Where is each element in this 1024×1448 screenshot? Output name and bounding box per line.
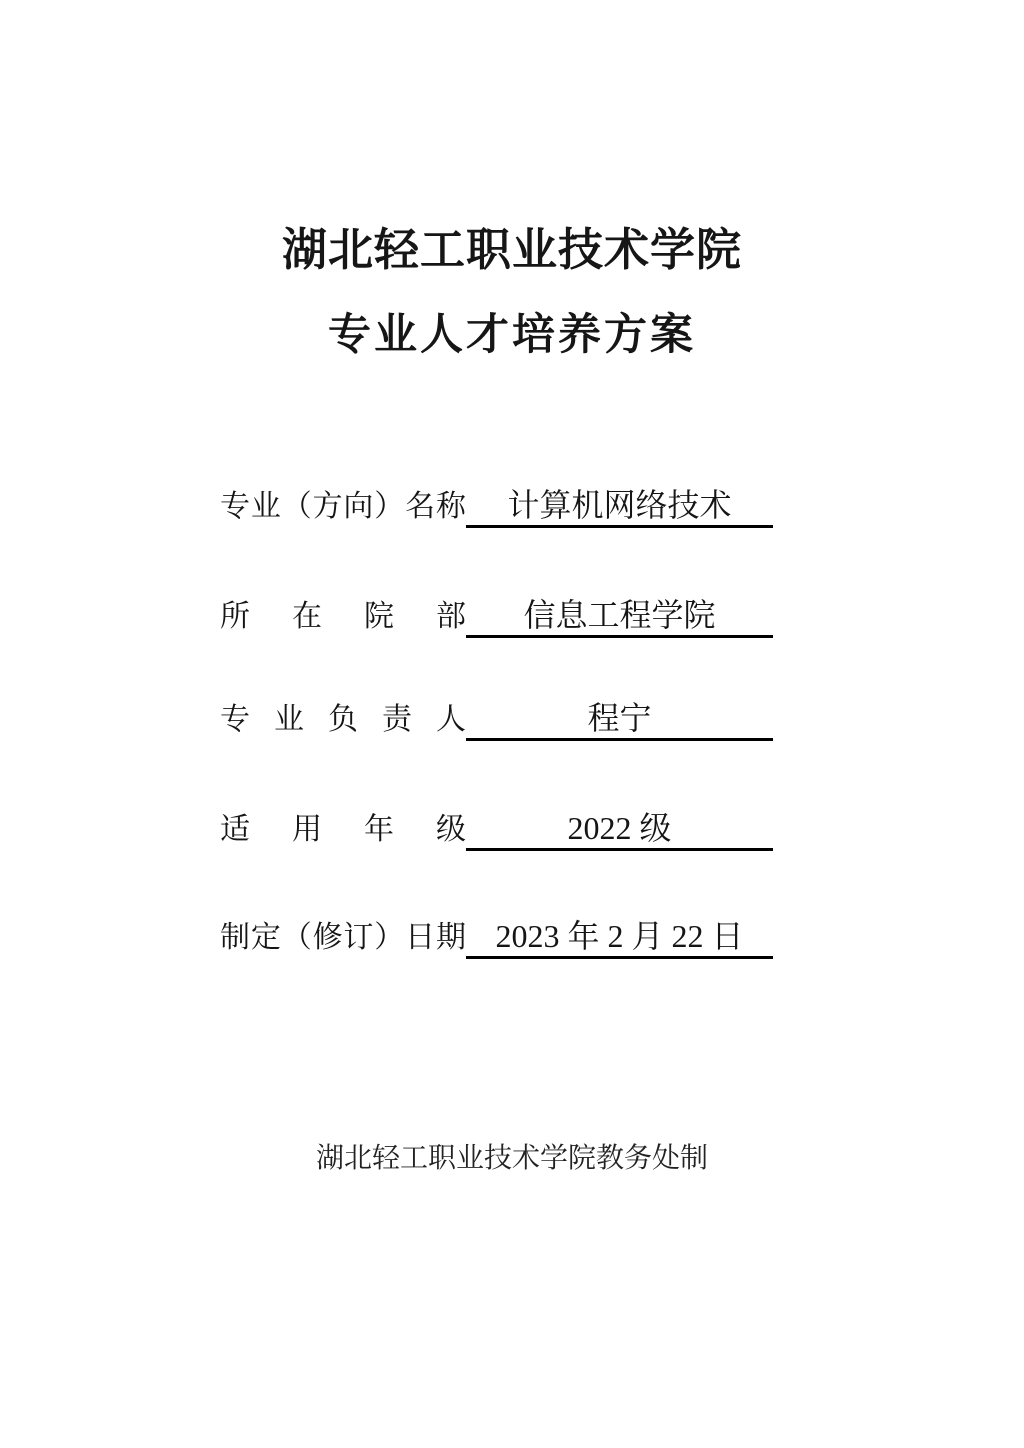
field-label-applicable-grade: 适用年级 (220, 810, 466, 850)
field-value-department: 信息工程学院 (466, 595, 773, 638)
field-label-revision-date: 制定（修订）日期 (220, 918, 466, 958)
document-title-line2: 专业人才培养方案 (0, 314, 1024, 357)
field-row-revision-date: 制定（修订）日期 2023 年 2 月 22 日 (220, 916, 773, 959)
field-row-department: 所在院部 信息工程学院 (220, 595, 773, 638)
field-row-major-name: 专业（方向）名称 计算机网络技术 (220, 485, 773, 528)
field-value-revision-date: 2023 年 2 月 22 日 (466, 916, 773, 959)
field-label-department: 所在院部 (220, 597, 466, 637)
document-page: 湖北轻工职业技术学院 专业人才培养方案 专业（方向）名称 计算机网络技术 所在院… (0, 0, 1024, 1448)
field-value-applicable-grade: 2022 级 (466, 808, 773, 851)
field-row-program-leader: 专业负责人 程宁 (220, 698, 773, 741)
field-label-major-name: 专业（方向）名称 (220, 487, 466, 527)
document-title-line1: 湖北轻工职业技术学院 (0, 228, 1024, 273)
field-row-applicable-grade: 适用年级 2022 级 (220, 808, 773, 851)
field-label-program-leader: 专业负责人 (220, 700, 466, 740)
document-footer: 湖北轻工职业技术学院教务处制 (0, 1142, 1024, 1176)
field-value-major-name: 计算机网络技术 (466, 485, 773, 528)
field-value-program-leader: 程宁 (466, 698, 773, 741)
